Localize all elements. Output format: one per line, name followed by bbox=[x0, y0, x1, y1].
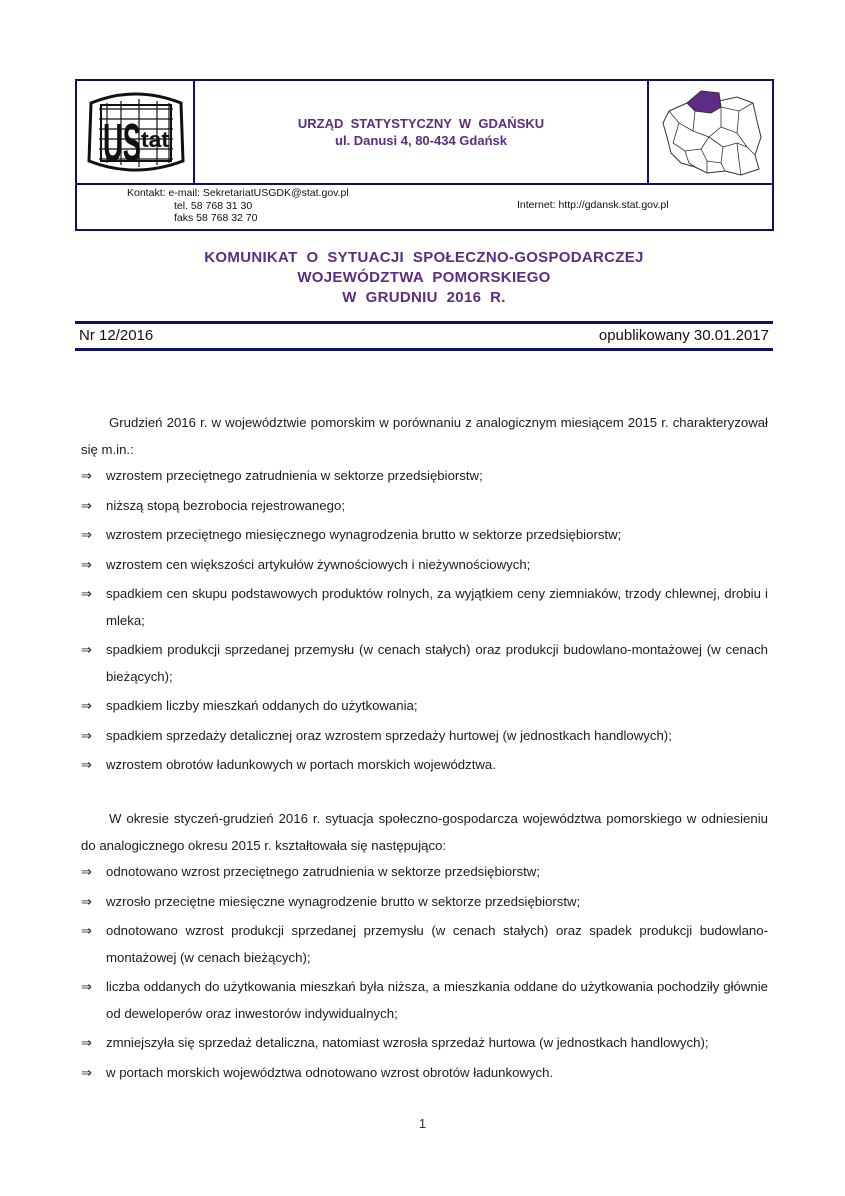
section-year-intro: W okresie styczeń-grudzień 2016 r. sytua… bbox=[81, 806, 768, 859]
list-item: ⇒wzrostem przeciętnego zatrudnienia w se… bbox=[81, 463, 768, 490]
list-item-text: spadkiem sprzedaży detalicznej oraz wzro… bbox=[106, 728, 672, 743]
arrow-bullet-icon: ⇒ bbox=[81, 493, 92, 520]
svg-text:tat: tat bbox=[141, 127, 170, 152]
list-item-text: wzrostem cen większości artykułów żywnoś… bbox=[106, 557, 530, 572]
published-date: opublikowany 30.01.2017 bbox=[599, 324, 769, 348]
arrow-bullet-icon: ⇒ bbox=[81, 693, 92, 720]
list-item: ⇒liczba oddanych do użytkowania mieszkań… bbox=[81, 974, 768, 1027]
issue-number: Nr 12/2016 bbox=[79, 324, 153, 348]
list-item: ⇒niższą stopą bezrobocia rejestrowanego; bbox=[81, 493, 768, 520]
list-item-text: wzrostem przeciętnego miesięcznego wynag… bbox=[106, 527, 621, 542]
arrow-bullet-icon: ⇒ bbox=[81, 1030, 92, 1057]
arrow-bullet-icon: ⇒ bbox=[81, 752, 92, 779]
section-year: W okresie styczeń-grudzień 2016 r. sytua… bbox=[81, 806, 768, 1089]
arrow-bullet-icon: ⇒ bbox=[81, 522, 92, 549]
list-item-text: niższą stopą bezrobocia rejestrowanego; bbox=[106, 498, 345, 513]
list-item: ⇒odnotowano wzrost produkcji sprzedanej … bbox=[81, 918, 768, 971]
arrow-bullet-icon: ⇒ bbox=[81, 889, 92, 916]
list-item: ⇒wzrosło przeciętne miesięczne wynagrodz… bbox=[81, 889, 768, 916]
letterhead: US tat URZĄD STATYSTYCZNY W GDAŃSKU ul. … bbox=[75, 79, 774, 231]
list-item: ⇒wzrostem cen większości artykułów żywno… bbox=[81, 552, 768, 579]
list-item: ⇒spadkiem produkcji sprzedanej przemysłu… bbox=[81, 637, 768, 690]
list-item-text: wzrosło przeciętne miesięczne wynagrodze… bbox=[106, 894, 580, 909]
contact-internet: Internet: http://gdansk.stat.gov.pl bbox=[517, 199, 669, 212]
contact-email: Kontakt: e-mail: SekretariatUSGDK@stat.g… bbox=[127, 187, 349, 199]
contact-fax: faks 58 768 32 70 bbox=[127, 212, 349, 225]
list-item: ⇒spadkiem liczby mieszkań oddanych do uż… bbox=[81, 693, 768, 720]
list-item-text: w portach morskich województwa odnotowan… bbox=[106, 1065, 553, 1080]
issue-meta-bar: Nr 12/2016 opublikowany 30.01.2017 bbox=[75, 321, 773, 351]
letterhead-top-row: US tat URZĄD STATYSTYCZNY W GDAŃSKU ul. … bbox=[77, 81, 772, 185]
list-item-text: spadkiem produkcji sprzedanej przemysłu … bbox=[106, 642, 768, 684]
list-item: ⇒odnotowano wzrost przeciętnego zatrudni… bbox=[81, 859, 768, 886]
section-year-list: ⇒odnotowano wzrost przeciętnego zatrudni… bbox=[81, 859, 768, 1086]
arrow-bullet-icon: ⇒ bbox=[81, 723, 92, 750]
title-line-3: W GRUDNIU 2016 R. bbox=[75, 288, 773, 308]
list-item: ⇒spadkiem sprzedaży detalicznej oraz wzr… bbox=[81, 723, 768, 750]
list-item-text: spadkiem liczby mieszkań oddanych do uży… bbox=[106, 698, 418, 713]
page-number: 1 bbox=[0, 1116, 845, 1131]
arrow-bullet-icon: ⇒ bbox=[81, 552, 92, 579]
list-item: ⇒wzrostem przeciętnego miesięcznego wyna… bbox=[81, 522, 768, 549]
title-line-2: WOJEWÓDZTWA POMORSKIEGO bbox=[75, 268, 773, 288]
poland-map bbox=[647, 81, 774, 183]
title-line-1: KOMUNIKAT O SYTUACJI SPOŁECZNO-GOSPODARC… bbox=[75, 248, 773, 268]
arrow-bullet-icon: ⇒ bbox=[81, 637, 92, 664]
section-december: Grudzień 2016 r. w województwie pomorski… bbox=[81, 410, 768, 782]
list-item-text: liczba oddanych do użytkowania mieszkań … bbox=[106, 979, 768, 1021]
arrow-bullet-icon: ⇒ bbox=[81, 859, 92, 886]
list-item-text: odnotowano wzrost produkcji sprzedanej p… bbox=[106, 923, 768, 965]
contact-tel: tel. 58 768 31 30 bbox=[127, 200, 349, 213]
poland-map-icon bbox=[649, 81, 772, 183]
list-item: ⇒zmniejszyła się sprzedaż detaliczna, na… bbox=[81, 1030, 768, 1057]
office-name: URZĄD STATYSTYCZNY W GDAŃSKU bbox=[298, 115, 544, 132]
list-item-text: wzrostem przeciętnego zatrudnienia w sek… bbox=[106, 468, 483, 483]
document-title: KOMUNIKAT O SYTUACJI SPOŁECZNO-GOSPODARC… bbox=[75, 248, 773, 308]
list-item-text: spadkiem cen skupu podstawowych produktó… bbox=[106, 586, 768, 628]
arrow-bullet-icon: ⇒ bbox=[81, 581, 92, 608]
arrow-bullet-icon: ⇒ bbox=[81, 918, 92, 945]
ustat-logo-icon: US tat bbox=[77, 81, 193, 183]
arrow-bullet-icon: ⇒ bbox=[81, 974, 92, 1001]
arrow-bullet-icon: ⇒ bbox=[81, 1060, 92, 1087]
svg-text:US: US bbox=[103, 113, 141, 173]
office-address: ul. Danusi 4, 80-434 Gdańsk bbox=[335, 132, 507, 149]
list-item: ⇒wzrostem obrotów ładunkowych w portach … bbox=[81, 752, 768, 779]
list-item: ⇒spadkiem cen skupu podstawowych produkt… bbox=[81, 581, 768, 634]
list-item-text: zmniejszyła się sprzedaż detaliczna, nat… bbox=[106, 1035, 709, 1050]
office-info: URZĄD STATYSTYCZNY W GDAŃSKU ul. Danusi … bbox=[195, 81, 647, 183]
contact-info: Kontakt: e-mail: SekretariatUSGDK@stat.g… bbox=[77, 185, 772, 229]
ustat-logo: US tat bbox=[77, 81, 195, 183]
arrow-bullet-icon: ⇒ bbox=[81, 463, 92, 490]
list-item: ⇒w portach morskich województwa odnotowa… bbox=[81, 1060, 768, 1087]
section-december-list: ⇒wzrostem przeciętnego zatrudnienia w se… bbox=[81, 463, 768, 779]
list-item-text: wzrostem obrotów ładunkowych w portach m… bbox=[106, 757, 496, 772]
list-item-text: odnotowano wzrost przeciętnego zatrudnie… bbox=[106, 864, 540, 879]
section-december-intro: Grudzień 2016 r. w województwie pomorski… bbox=[81, 410, 768, 463]
